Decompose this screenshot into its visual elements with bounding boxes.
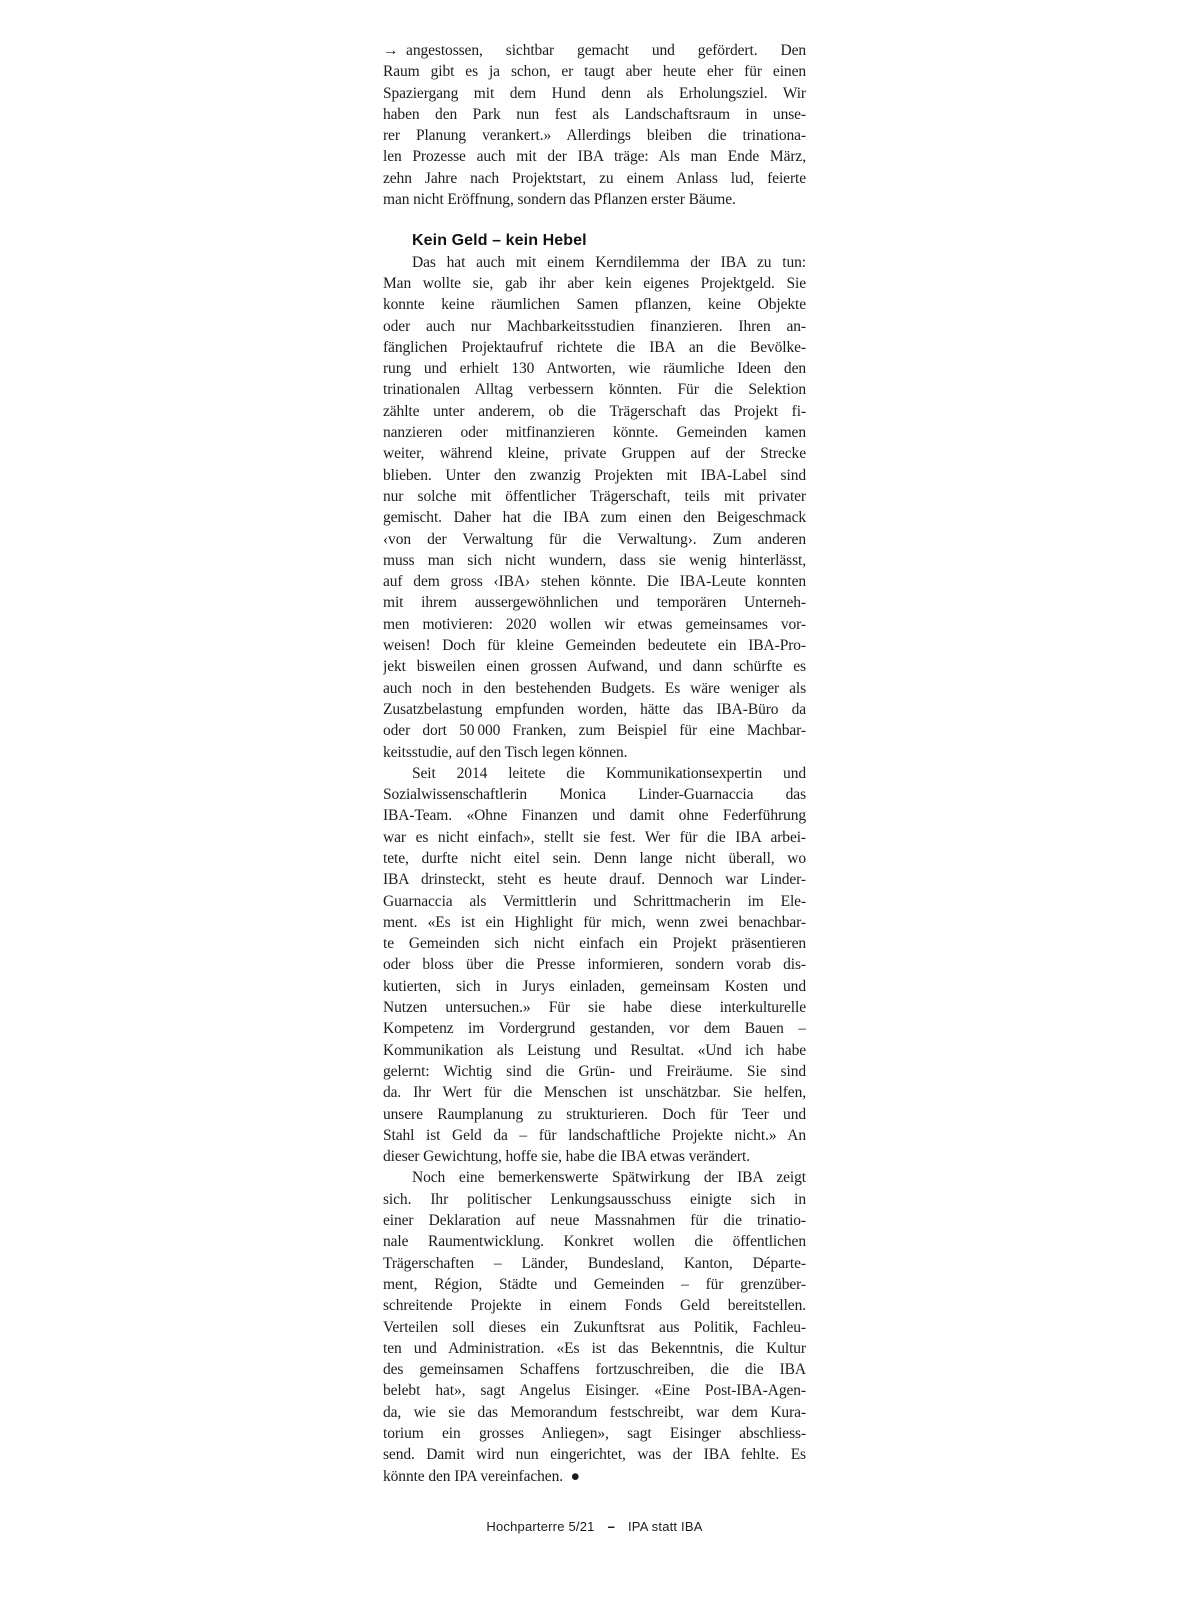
text-line: IBA drinsteckt, steht es heute drauf. De… [383, 869, 806, 890]
text-line: Stahl ist Geld da – für landschaftliche … [383, 1125, 806, 1146]
text-line: fänglichen Projektaufruf richtete die IB… [383, 337, 806, 358]
text-line: men motivieren: 2020 wollen wir etwas ge… [383, 614, 806, 635]
text-line: Nutzen untersuchen.» Für sie habe diese … [383, 997, 806, 1018]
text-line: zählte unter anderem, ob die Trägerschaf… [383, 401, 806, 422]
section-heading: Kein Geld – kein Hebel [383, 230, 806, 251]
text-line: Sozialwissenschaftlerin Monica Linder-Gu… [383, 784, 806, 805]
text-line: rer Planung verankert.» Allerdings bleib… [383, 125, 806, 146]
text-line: gemischt. Daher hat die IBA zum einen de… [383, 507, 806, 528]
text-line: Trägerschaften – Länder, Bundesland, Kan… [383, 1253, 806, 1274]
text-line: keitsstudie, auf den Tisch legen können. [383, 742, 806, 763]
paragraph: Noch eine bemerkenswerte Spätwirkung der… [383, 1167, 806, 1486]
text-line: ment, Région, Städte und Gemeinden – für… [383, 1274, 806, 1295]
text-line: muss man sich nicht wundern, dass sie we… [383, 550, 806, 571]
text-line: ment. «Es ist ein Highlight für mich, we… [383, 912, 806, 933]
text-line: nur solche mit öffentlicher Trägerschaft… [383, 486, 806, 507]
text-line: Spaziergang mit dem Hund denn als Erholu… [383, 83, 806, 104]
text-line: Man wollte sie, gab ihr aber kein eigene… [383, 273, 806, 294]
text-line: Zusatzbelastung empfunden worden, hätte … [383, 699, 806, 720]
footer-article-title: IPA statt IBA [628, 1519, 703, 1534]
text-line: kutierten, sich in Jurys einladen, gemei… [383, 976, 806, 997]
paragraph: → angestossen, sichtbar gemacht und gefö… [383, 40, 806, 210]
text-line: da. Ihr Wert für die Menschen ist unschä… [383, 1082, 806, 1103]
text-line: nanzieren oder mitfinanzieren könnte. Ge… [383, 422, 806, 443]
page-footer: Hochparterre 5/21 – IPA statt IBA [383, 1519, 806, 1534]
text-line: war es nicht einfach», stellt sie fest. … [383, 827, 806, 848]
text-line: gelernt: Wichtig sind die Grün- und Frei… [383, 1061, 806, 1082]
text-line: des gemeinsamen Schaffens fortzuschreibe… [383, 1359, 806, 1380]
text-line: send. Damit wird nun eingerichtet, was d… [383, 1444, 806, 1465]
text-line: da, wie sie das Memorandum festschreibt,… [383, 1402, 806, 1423]
text-line: mit ihrem aussergewöhnlichen und temporä… [383, 592, 806, 613]
text-line: Verteilen soll dieses ein Zukunftsrat au… [383, 1317, 806, 1338]
text-line: ‹von der Verwaltung für die Verwaltung›.… [383, 529, 806, 550]
text-line: torium ein grosses Anliegen», sagt Eisin… [383, 1423, 806, 1444]
paragraph: Seit 2014 leitete die Kommunikationsexpe… [383, 763, 806, 1168]
text-line: rung und erhielt 130 Antworten, wie räum… [383, 358, 806, 379]
text-line: Kommunikation als Leistung und Resultat.… [383, 1040, 806, 1061]
text-line: IBA-Team. «Ohne Finanzen und damit ohne … [383, 805, 806, 826]
text-line: ten und Administration. «Es ist das Beke… [383, 1338, 806, 1359]
footer-publication: Hochparterre 5/21 [486, 1519, 594, 1534]
text-line: dieser Gewichtung, hoffe sie, habe die I… [383, 1146, 806, 1167]
text-line: nale Raumentwicklung. Konkret wollen die… [383, 1231, 806, 1252]
text-line: Seit 2014 leitete die Kommunikationsexpe… [383, 763, 806, 784]
text-line: tete, durfte nicht eitel sein. Denn lang… [383, 848, 806, 869]
text-line: Das hat auch mit einem Kerndilemma der I… [383, 252, 806, 273]
magazine-page: → angestossen, sichtbar gemacht und gefö… [0, 0, 1200, 1600]
article-column: → angestossen, sichtbar gemacht und gefö… [383, 40, 806, 1487]
text-line: → angestossen, sichtbar gemacht und gefö… [383, 40, 806, 61]
text-line: Guarnaccia als Vermittlerin und Schrittm… [383, 891, 806, 912]
text-line: unsere Raumplanung zu strukturieren. Doc… [383, 1104, 806, 1125]
text-line: schreitende Projekte in einem Fonds Geld… [383, 1295, 806, 1316]
text-line: oder bloss über die Presse informieren, … [383, 954, 806, 975]
text-line: weisen! Doch für kleine Gemeinden bedeut… [383, 635, 806, 656]
paragraph: Das hat auch mit einem Kerndilemma der I… [383, 252, 806, 763]
footer-dash: – [608, 1518, 615, 1535]
text-line: könnte den IPA vereinfachen. ● [383, 1466, 806, 1487]
text-line: oder dort 50 000 Franken, zum Beispiel f… [383, 720, 806, 741]
text-line: konnte keine räumlichen Samen pflanzen, … [383, 294, 806, 315]
text-line: Raum gibt es ja schon, er taugt aber heu… [383, 61, 806, 82]
text-line: blieben. Unter den zwanzig Projekten mit… [383, 465, 806, 486]
text-line: einer Deklaration auf neue Massnahmen fü… [383, 1210, 806, 1231]
text-line: Noch eine bemerkenswerte Spätwirkung der… [383, 1167, 806, 1188]
text-line: Kompetenz im Vordergrund gestanden, vor … [383, 1018, 806, 1039]
text-line: man nicht Eröffnung, sondern das Pflanze… [383, 189, 806, 210]
text-line: zehn Jahre nach Projektstart, zu einem A… [383, 168, 806, 189]
text-line: sich. Ihr politischer Lenkungsausschuss … [383, 1189, 806, 1210]
text-line: auch noch in den bestehenden Budgets. Es… [383, 678, 806, 699]
text-line: trinationalen Alltag verbessern könnten.… [383, 379, 806, 400]
text-line: len Prozesse auch mit der IBA träge: Als… [383, 146, 806, 167]
text-line: te Gemeinden sich nicht einfach ein Proj… [383, 933, 806, 954]
text-line: belebt hat», sagt Angelus Eisinger. «Ein… [383, 1380, 806, 1401]
text-line: oder auch nur Machbarkeitsstudien finanz… [383, 316, 806, 337]
text-line: jekt bisweilen einen grossen Aufwand, un… [383, 656, 806, 677]
text-line: weiter, während kleine, private Gruppen … [383, 443, 806, 464]
text-line: haben den Park nun fest als Landschaftsr… [383, 104, 806, 125]
text-line: auf dem gross ‹IBA› stehen könnte. Die I… [383, 571, 806, 592]
